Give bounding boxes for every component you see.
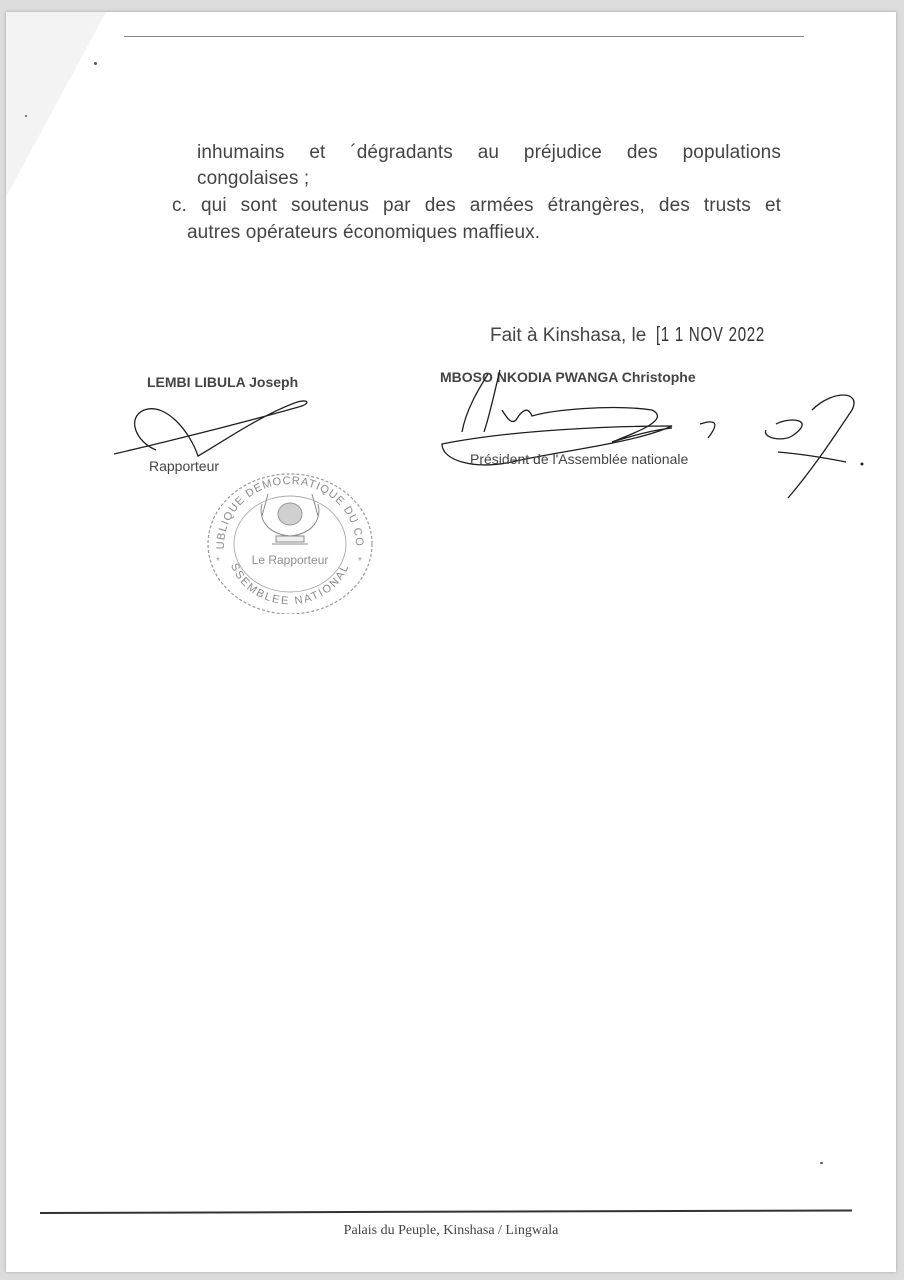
signer-title-president: Président de l'Assemblée nationale — [470, 451, 688, 467]
body-word: au — [478, 140, 499, 166]
body-word: sont — [241, 193, 277, 219]
body-line-2: congolaises ; — [197, 166, 309, 192]
seal-center-label: Le Rapporteur — [252, 553, 329, 567]
scan-speck — [94, 62, 97, 65]
scan-speck — [25, 115, 27, 117]
body-word: c. — [172, 193, 187, 219]
seal-star: * — [216, 556, 220, 567]
body-word: des — [425, 193, 456, 219]
body-word: armées — [470, 193, 534, 219]
official-seal: REPUBLIQUE DEMOCRATIQUE DU CONGO ASSEMBL… — [202, 464, 378, 614]
scan-speck — [820, 1162, 823, 1164]
body-word: et — [765, 193, 781, 219]
place-date: Fait à Kinshasa, le [1 1 NOV 2022 — [490, 324, 801, 347]
body-word: étrangères, — [548, 193, 645, 219]
body-word: préjudice — [524, 140, 602, 166]
body-line-1: inhumainset´dégradantsaupréjudicedespopu… — [197, 140, 781, 166]
coat-of-arms-icon — [261, 494, 319, 544]
body-word: des — [627, 140, 658, 166]
document-page: inhumainset´dégradantsaupréjudicedespopu… — [6, 12, 896, 1272]
body-word: inhumains — [197, 140, 285, 166]
footer-address: Palais du Peuple, Kinshasa / Lingwala — [6, 1223, 896, 1239]
body-word: populations — [683, 140, 781, 166]
seal-star: * — [358, 556, 362, 567]
body-word: par — [383, 193, 411, 219]
body-word: trusts — [704, 193, 751, 219]
body-word: des — [659, 193, 690, 219]
scan-edge — [124, 36, 804, 37]
date-stamp: [1 1 NOV 2022 — [656, 324, 765, 347]
signer-name-president: MBOSO NKODIA PWANGA Christophe — [440, 369, 696, 385]
signer-name-rapporteur: LEMBI LIBULA Joseph — [147, 374, 298, 390]
date-prefix: Fait à Kinshasa, le — [490, 325, 646, 346]
body-word: et — [309, 140, 325, 166]
body-word: soutenus — [291, 193, 369, 219]
body-word: ´dégradants — [350, 140, 453, 166]
body-line-3: c.quisontsoutenuspardesarméesétrangères,… — [172, 193, 781, 219]
body-line-4: autres opérateurs économiques maffieux. — [187, 220, 540, 246]
body-word: qui — [201, 193, 227, 219]
folded-corner — [6, 12, 106, 197]
